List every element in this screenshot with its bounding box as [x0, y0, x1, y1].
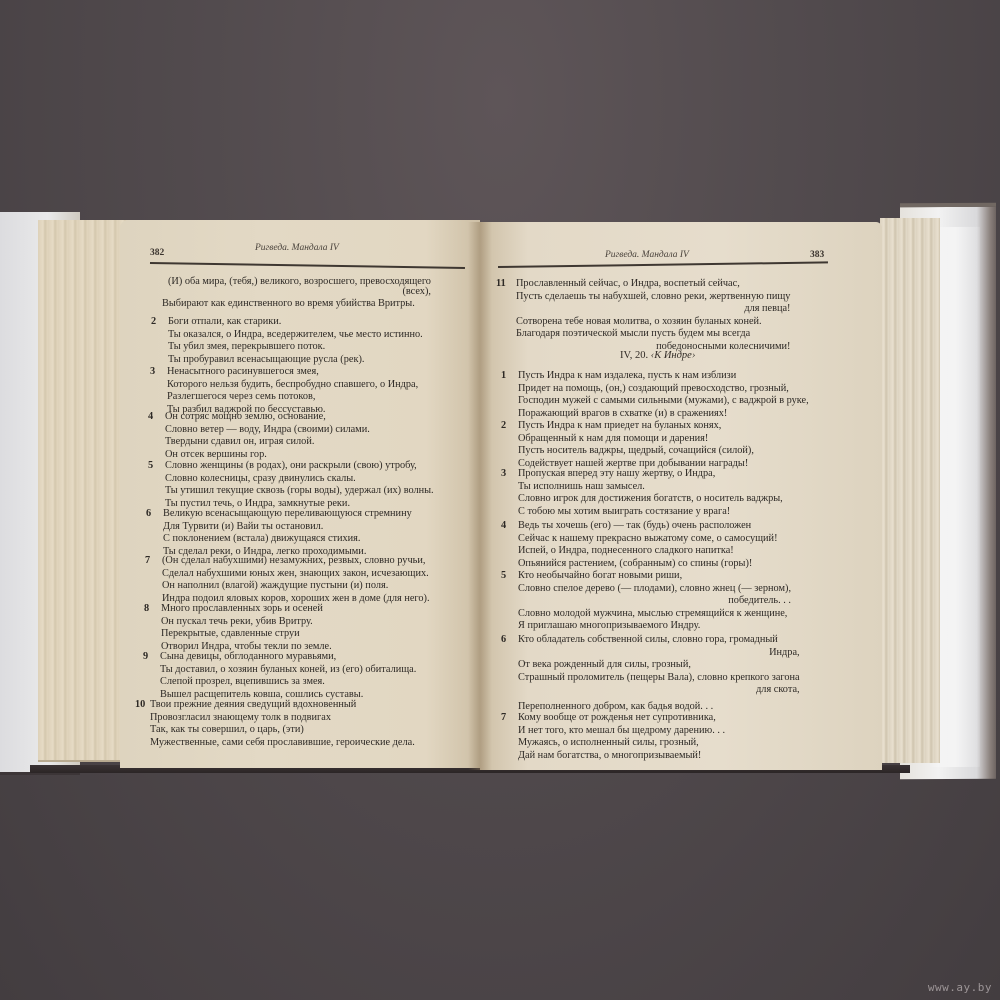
- verse-continuation: (И) оба мира, (тебя,) великого, возросше…: [168, 276, 431, 311]
- watermark: www.ay.by: [928, 981, 992, 994]
- page-stack-right: [880, 218, 940, 763]
- right-page: Ригведа. Мандала IV 383 11 Прославленный…: [480, 222, 882, 770]
- verse-9: 9 Сына девицы, обглоданного муравьями, Т…: [160, 651, 416, 701]
- verse-5: 5 Словно женщины (в родах), они раскрыли…: [165, 460, 434, 510]
- hymn-verse-7: 7 Кому вообще от рожденья нет супротивни…: [518, 712, 725, 762]
- header-rule: [498, 261, 828, 267]
- page-number: 383: [810, 250, 824, 260]
- verse-8: 8 Много прославленных зорь и осеней Он п…: [161, 603, 332, 653]
- hymn-verse-2: 2 Пусть Индра к нам приедет на буланых к…: [518, 420, 754, 470]
- header-rule: [150, 262, 465, 268]
- hymn-verse-5: 5 Кто необычайно богат новыми риши, Слов…: [518, 570, 791, 633]
- hymn-verse-3: 3 Пропуская вперед эту нашу жертву, о Ин…: [518, 468, 783, 518]
- running-head: Ригведа. Мандала IV: [255, 243, 339, 253]
- hymn-title: IV, 20. ‹К Индре›: [620, 350, 695, 361]
- verse-3: 3 Ненасытного расинувшегося змея, Которо…: [167, 366, 418, 416]
- verse-4: 4 Он сотряс мощно землю, основание, Слов…: [165, 411, 370, 461]
- verse-10: 10 Твои прежние деяния сведущий вдохнове…: [150, 699, 415, 749]
- left-page: 382 Ригведа. Мандала IV (И) оба мира, (т…: [120, 220, 480, 768]
- book-spine-gutter: [468, 222, 492, 770]
- verse-6: 6 Великую всенасыщающую переливающуюся с…: [163, 508, 412, 558]
- page-number: 382: [150, 248, 164, 258]
- hymn-verse-4: 4 Ведь ты хочешь (его) — так (будь) очен…: [518, 520, 778, 570]
- verse-11: 11 Прославленный сейчас, о Индра, воспет…: [516, 278, 790, 354]
- verse-7: 7 (Он сделал набухшими) незамужних, резв…: [162, 555, 430, 605]
- hymn-verse-6: 6 Кто обладатель собственной силы, словн…: [518, 634, 800, 714]
- verse-2: 2 Боги отпали, как старики. Ты оказался,…: [168, 316, 423, 366]
- photo-scene: 382 Ригведа. Мандала IV (И) оба мира, (т…: [0, 0, 1000, 1000]
- running-head: Ригведа. Мандала IV: [605, 250, 689, 260]
- hymn-verse-1: 1 Пусть Индра к нам издалека, пусть к на…: [518, 370, 809, 420]
